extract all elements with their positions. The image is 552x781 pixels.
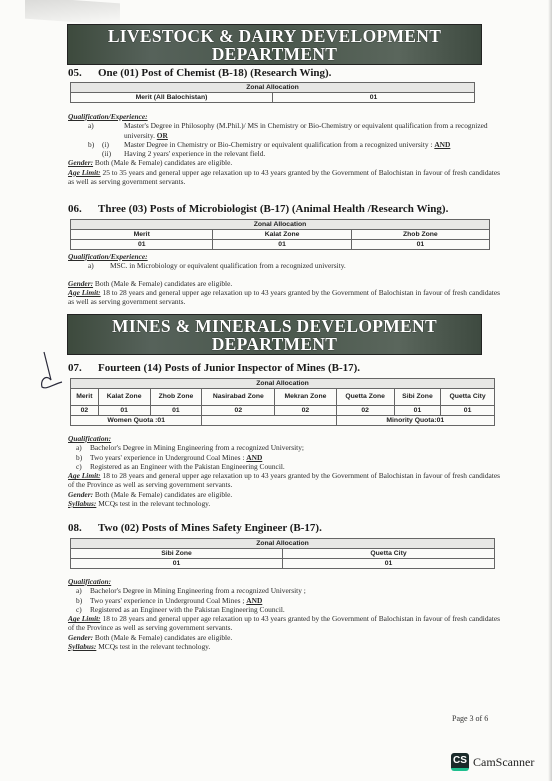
document-page: LIVESTOCK & DAIRY DEVELOPMENT DEPARTMENT…: [0, 0, 552, 781]
table-header: Zonal Allocation: [71, 220, 490, 230]
gender-line: Gender: Both (Male & Female) candidates …: [68, 490, 508, 499]
section-banner-livestock: LIVESTOCK & DAIRY DEVELOPMENT DEPARTMENT: [67, 24, 482, 65]
post-05-title: 05.One (01) Post of Chemist (B-18) (Rese…: [68, 67, 331, 79]
syllabus-line: Syllabus: MCQs test in the relevant tech…: [68, 499, 508, 508]
qualification-label: Qualification/Experience:: [68, 252, 508, 261]
post-08-title: 08.Two (02) Posts of Mines Safety Engine…: [68, 522, 322, 534]
minority-quota-cell: Minority Quota:01: [336, 416, 494, 426]
table-cell: 02: [336, 406, 394, 416]
table-cell: 01: [150, 406, 202, 416]
table-header: Zonal Allocation: [71, 83, 475, 93]
handwritten-tick-mark: [24, 350, 64, 400]
qual-item-a: a)MSC. in Microbiology or equivalent qua…: [68, 261, 508, 270]
table-cell: Merit: [71, 230, 213, 240]
banner-line-1: LIVESTOCK & DAIRY DEVELOPMENT: [68, 27, 481, 45]
qualification-label: Qualification:: [68, 434, 508, 443]
age-limit-line: Age Limit: 18 to 28 years and general up…: [68, 471, 508, 490]
table-column-header: Sibi Zone: [394, 389, 440, 406]
page-fold-shadow: [25, 0, 120, 25]
table-cell: 01: [98, 406, 150, 416]
post-08-zonal-table: Zonal Allocation Sibi Zone Quetta City 0…: [70, 538, 495, 569]
syllabus-line: Syllabus: MCQs test in the relevant tech…: [68, 642, 508, 651]
qual-item-a: a)Bachelor's Degree in Mining Engineerin…: [68, 586, 508, 595]
table-column-header: Nasirabad Zone: [202, 389, 275, 406]
age-limit-line: Age Limit: 18 to 28 years and general up…: [68, 614, 508, 633]
qual-item-b-i: b)(i)Master Degree in Chemistry or Bio-C…: [68, 140, 508, 149]
table-header: Zonal Allocation: [71, 539, 495, 549]
banner-line-1: MINES & MINERALS DEVELOPMENT: [68, 317, 481, 335]
qual-item-b: b)Two years' experience in Underground C…: [68, 453, 508, 462]
gender-line: Gender: Both (Male & Female) candidates …: [68, 279, 508, 288]
table-cell: 01: [283, 559, 495, 569]
table-cell-empty: [202, 416, 336, 426]
post-07-zonal-table: Zonal Allocation MeritKalat ZoneZhob Zon…: [70, 378, 495, 426]
age-limit-line: Age Limit: 25 to 35 years and general up…: [68, 168, 508, 187]
camscanner-text: CamScanner: [473, 755, 534, 770]
banner-line-2: DEPARTMENT: [68, 45, 481, 63]
post-07-details: Qualification: a)Bachelor's Degree in Mi…: [68, 434, 508, 508]
qual-item-b: b)Two years' experience in Underground C…: [68, 596, 508, 605]
post-06-zonal-table: Zonal Allocation Merit Kalat Zone Zhob Z…: [70, 219, 490, 250]
table-cell: Merit (All Balochistan): [71, 93, 273, 103]
table-cell: 01: [351, 240, 489, 250]
age-limit-line: Age Limit: 18 to 28 years and general up…: [68, 288, 508, 307]
qualification-label: Qualification/Experience:: [68, 112, 508, 121]
post-08-details: Qualification: a)Bachelor's Degree in Mi…: [68, 577, 508, 651]
qual-item-a: a)Bachelor's Degree in Mining Engineerin…: [68, 443, 508, 452]
table-cell: 01: [71, 240, 213, 250]
table-cell: 02: [202, 406, 275, 416]
table-column-header: Quetta City: [441, 389, 495, 406]
table-column-header: Kalat Zone: [98, 389, 150, 406]
women-quota-cell: Women Quota :01: [71, 416, 202, 426]
qual-item-b-ii: (ii)Having 2 years' experience in the re…: [68, 149, 508, 158]
gender-line: Gender: Both (Male & Female) candidates …: [68, 633, 508, 642]
table-column-header: Merit: [71, 389, 99, 406]
table-cell: 01: [394, 406, 440, 416]
table-column-header: Quetta Zone: [336, 389, 394, 406]
camscanner-watermark: CS CamScanner: [451, 753, 534, 771]
table-cell: Kalat Zone: [213, 230, 351, 240]
qual-item-c: c)Registered as an Engineer with the Pak…: [68, 605, 508, 614]
camscanner-logo-icon: CS: [451, 753, 469, 771]
table-cell: 02: [275, 406, 336, 416]
post-06-title: 06.Three (03) Posts of Microbiologist (B…: [68, 203, 448, 215]
table-cell: Zhob Zone: [351, 230, 489, 240]
post-07-title: 07.Fourteen (14) Posts of Junior Inspect…: [68, 362, 360, 374]
table-cell: 01: [441, 406, 495, 416]
table-column-header: Mekran Zone: [275, 389, 336, 406]
page-edge-shadow: [548, 0, 552, 781]
table-cell: Quetta City: [283, 549, 495, 559]
table-cell: 01: [71, 559, 283, 569]
table-column-header: Zhob Zone: [150, 389, 202, 406]
gender-line: Gender: Both (Male & Female) candidates …: [68, 158, 508, 167]
post-06-details: Qualification/Experience: a)MSC. in Micr…: [68, 252, 508, 306]
table-cell: 01: [213, 240, 351, 250]
post-05-zonal-table: Zonal Allocation Merit (All Balochistan)…: [70, 82, 475, 103]
table-header: Zonal Allocation: [71, 379, 495, 389]
table-cell: 02: [71, 406, 99, 416]
qualification-label: Qualification:: [68, 577, 508, 586]
table-cell: 01: [273, 93, 475, 103]
page-number: Page 3 of 6: [452, 714, 488, 723]
qual-item-a: a)Master's Degree in Philosophy (M.Phil.…: [68, 121, 508, 140]
table-cell: Sibi Zone: [71, 549, 283, 559]
section-banner-mines: MINES & MINERALS DEVELOPMENT DEPARTMENT: [67, 314, 482, 355]
post-05-details: Qualification/Experience: a)Master's Deg…: [68, 112, 508, 186]
qual-item-c: c)Registered as an Engineer with the Pak…: [68, 462, 508, 471]
banner-line-2: DEPARTMENT: [68, 335, 481, 353]
